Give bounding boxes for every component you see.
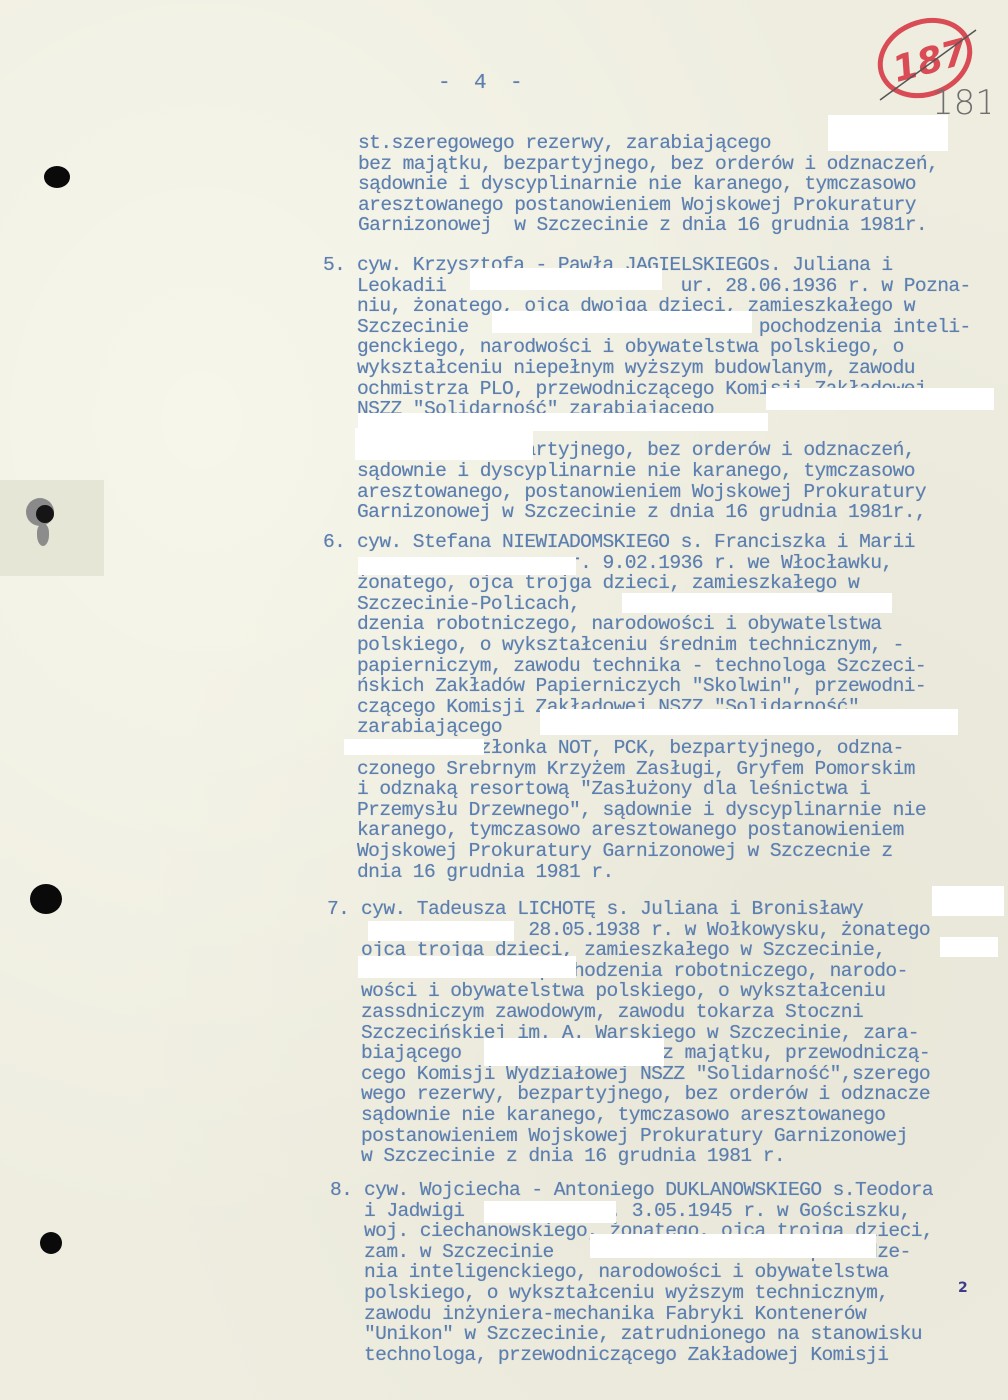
redaction-box [932, 886, 1004, 916]
punch-hole-icon [40, 1232, 62, 1254]
entry-8: cyw. Wojciecha - Antoniego DUKLANOWSKIEG… [330, 1180, 933, 1365]
punch-hole-icon [44, 166, 70, 188]
text-line: dnia 16 grudnia 1981 r. [323, 862, 926, 883]
redaction-box [344, 739, 484, 755]
text-line: aresztowanego postanowieniem Wojskowej P… [358, 195, 938, 216]
text-line: technologa, przewodniczącego Zakładowej … [330, 1345, 933, 1366]
redaction-box [484, 1201, 616, 1223]
text-line: cyw. Wojciecha - Antoniego DUKLANOWSKIEG… [330, 1180, 933, 1201]
text-line: w Szczecinie z dnia 16 grudnia 1981 r. [327, 1146, 930, 1167]
document-page: 187 181 - 4 - st.szeregowego rezerwy, za… [0, 0, 1008, 1400]
text-line: postanowieniem Wojskowej Prokuratury Gar… [327, 1126, 930, 1147]
text-line: "Unikon" w Szczecinie, zatrudnionego na … [330, 1324, 933, 1345]
redaction-box [590, 1234, 876, 1258]
redaction-box [622, 593, 892, 613]
entry-number: 5. [323, 255, 345, 276]
redaction-box [484, 1038, 664, 1066]
text-line: sądownie nie karanego, tymczasowo areszt… [327, 1105, 930, 1126]
text-line: wego rezerwy, bezpartyjnego, bez orderów… [327, 1084, 930, 1105]
redaction-box [540, 709, 958, 735]
text-line: Wojskowej Prokuratury Garnizonowej w Szc… [323, 841, 926, 862]
text-line: aresztowanego, postanowieniem Wojskowej … [323, 482, 971, 503]
text-line: i Jadwigi ur. 3.05.1945 r. w Gościszku, [330, 1201, 933, 1222]
text-line: Garnizonowej w Szczecinie z dnia 16 grud… [323, 502, 971, 523]
text-line: nia inteligenckiego, narodowości i obywa… [330, 1262, 933, 1283]
text-line: papierniczym, zawodu technika - technolo… [323, 656, 926, 677]
text-line: cyw. Tadeusza LICHOTĘ s. Juliana i Broni… [327, 899, 930, 920]
text-line: cego Komisji Wydziałowej NSZZ "Solidarno… [327, 1064, 930, 1085]
text-line: bez majątku, bezpartyjnego, bez orderów … [358, 154, 938, 175]
entry-6: cyw. Stefana NIEWIADOMSKIEGO s. Francisz… [323, 532, 926, 882]
text-line: cyw. Stefana NIEWIADOMSKIEGO s. Francisz… [323, 532, 926, 553]
stamp-circle-icon: 187 181 [870, 10, 990, 120]
text-line: Garnizonowej w Szczecinie z dnia 16 grud… [358, 215, 938, 236]
punch-hole-drip [37, 524, 49, 546]
text-line: dzenia robotniczego, narodowości i obywa… [323, 614, 926, 635]
redaction-box [358, 956, 576, 978]
punch-hole-inner [36, 505, 54, 523]
margin-annotation: 2 [958, 1280, 968, 1296]
redaction-box [766, 388, 994, 410]
text-line: i odznaką resortową "Zasłużony dla leśni… [323, 779, 926, 800]
text-line: sądownie i dyscyplinarnie nie karanego, … [358, 174, 938, 195]
text-line: sądownie i dyscyplinarnie nie karanego, … [323, 461, 971, 482]
redaction-box [470, 268, 662, 290]
redaction-box [368, 921, 514, 941]
text-line: ńskich Zakładów Papierniczych "Skolwin",… [323, 676, 926, 697]
text-line: wykształceniu niepełnym wyższym budowlan… [323, 358, 971, 379]
entry-number: 6. [323, 532, 345, 553]
punch-hole-icon [30, 884, 62, 914]
text-line: zawodu inżyniera-mechanika Fabryki Konte… [330, 1304, 933, 1325]
text-line: wości i obywatelstwa polskiego, o wykszt… [327, 981, 930, 1002]
entry-number: 8. [330, 1180, 352, 1201]
redaction-box [492, 311, 752, 333]
stamp-red-number: 187 [888, 32, 971, 91]
text-line: czonego Srebrnym Krzyżem Zasługi, Gryfem… [323, 759, 926, 780]
text-line: genckiego, narodwości i obywatelstwa pol… [323, 337, 971, 358]
redaction-box [940, 937, 998, 957]
text-line: karanego, tymczasowo aresztowanego posta… [323, 820, 926, 841]
text-line: żonatego, ojca trojga dzieci, zamieszkał… [323, 573, 926, 594]
redaction-box [358, 557, 576, 575]
text-line: polskiego, o wykształceniu wyższym techn… [330, 1283, 933, 1304]
text-line: zassdniczym zawodowym, zawodu tokarza St… [327, 1002, 930, 1023]
redaction-box [828, 115, 948, 151]
text-line: polskiego, o wykształceniu średnim techn… [323, 635, 926, 656]
page-number: - 4 - [438, 74, 522, 95]
repaired-hole-patch [0, 480, 104, 576]
redaction-box [355, 428, 533, 460]
entry-number: 7. [327, 899, 349, 920]
text-line: Przemysłu Drzewnego", sądownie i dyscypl… [323, 800, 926, 821]
